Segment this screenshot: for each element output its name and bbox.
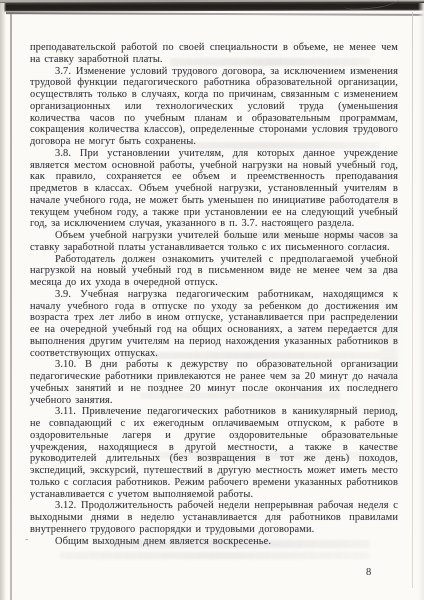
stray-dash-mark: -	[25, 534, 28, 545]
paragraph-3-12: 3.12. Продолжительность рабочей недели н…	[30, 500, 398, 535]
paragraph-3-8-note-1: Объем учебной нагрузки учителей больше и…	[30, 230, 398, 254]
paragraph-3-10: 3.10. В дни работы к дежурству по образо…	[30, 359, 398, 406]
scanned-document-page: преподавательской работой по своей специ…	[0, 0, 424, 600]
left-edge-shading	[0, 3, 6, 600]
paragraph-3-11: 3.11. Привлечение педагогических работни…	[30, 406, 398, 500]
paragraph-weekend-note: Общим выходным днем является воскресенье…	[30, 536, 398, 548]
document-text-block: преподавательской работой по своей специ…	[30, 42, 398, 547]
paragraph-3-8: 3.8. При установлении учителям, для кото…	[30, 148, 398, 230]
paragraph-continuation: преподавательской работой по своей специ…	[30, 42, 398, 66]
paragraph-3-9: 3.9. Учебная нагрузка педагогическим раб…	[30, 289, 398, 360]
bleedthrough-smudge	[60, 552, 370, 559]
page-top-shadow-line	[6, 12, 424, 16]
paragraph-3-8-note-2: Работодатель должен ознакомить учителей …	[30, 254, 398, 289]
paragraph-3-7: 3.7. Изменение условий трудового договор…	[30, 66, 398, 148]
page-number: 8	[366, 567, 371, 578]
right-page-edge-line	[412, 12, 413, 588]
left-fold-line	[10, 14, 12, 600]
right-edge-shading	[418, 3, 424, 600]
